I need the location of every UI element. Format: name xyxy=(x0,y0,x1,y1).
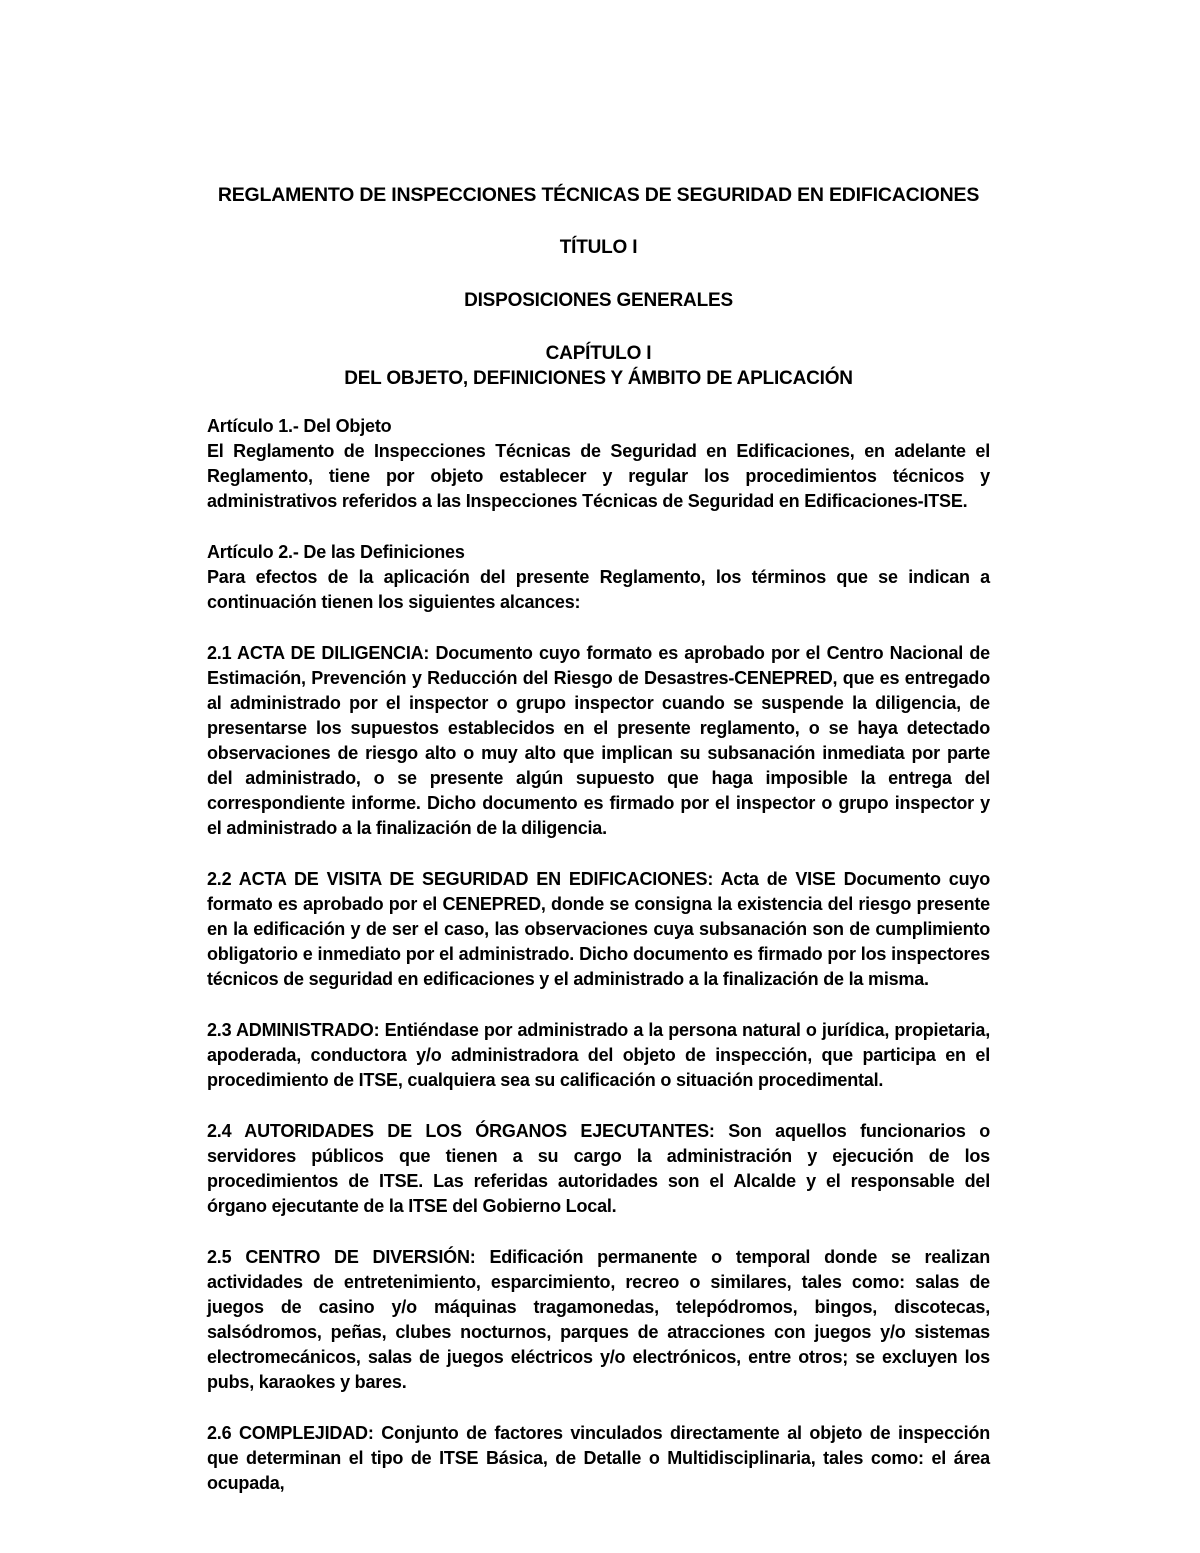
article-1: Artículo 1.- Del Objeto El Reglamento de… xyxy=(207,414,990,514)
article-2-heading: Artículo 2.- De las Definiciones xyxy=(207,540,990,565)
article-2-body: Para efectos de la aplicación del presen… xyxy=(207,565,990,615)
capitulo-subtitle: DEL OBJETO, DEFINICIONES Y ÁMBITO DE APL… xyxy=(207,366,990,391)
document-title: REGLAMENTO DE INSPECCIONES TÉCNICAS DE S… xyxy=(207,183,990,208)
capitulo-heading: CAPÍTULO I xyxy=(207,341,990,366)
definition-2-3: 2.3 ADMINISTRADO: Entiéndase por adminis… xyxy=(207,1018,990,1093)
capitulo-block: CAPÍTULO I DEL OBJETO, DEFINICIONES Y ÁM… xyxy=(207,341,990,391)
definition-2-6: 2.6 COMPLEJIDAD: Conjunto de factores vi… xyxy=(207,1421,990,1496)
definition-2-4: 2.4 AUTORIDADES DE LOS ÓRGANOS EJECUTANT… xyxy=(207,1119,990,1219)
definition-2-2: 2.2 ACTA DE VISITA DE SEGURIDAD EN EDIFI… xyxy=(207,867,990,992)
document-page: REGLAMENTO DE INSPECCIONES TÉCNICAS DE S… xyxy=(0,0,1200,1553)
definition-2-5: 2.5 CENTRO DE DIVERSIÓN: Edificación per… xyxy=(207,1245,990,1395)
disposiciones-heading: DISPOSICIONES GENERALES xyxy=(207,288,990,313)
article-2: Artículo 2.- De las Definiciones Para ef… xyxy=(207,540,990,615)
article-1-body: El Reglamento de Inspecciones Técnicas d… xyxy=(207,439,990,514)
titulo-heading: TÍTULO I xyxy=(207,235,990,260)
definition-2-1: 2.1 ACTA DE DILIGENCIA: Documento cuyo f… xyxy=(207,641,990,841)
article-1-heading: Artículo 1.- Del Objeto xyxy=(207,414,990,439)
